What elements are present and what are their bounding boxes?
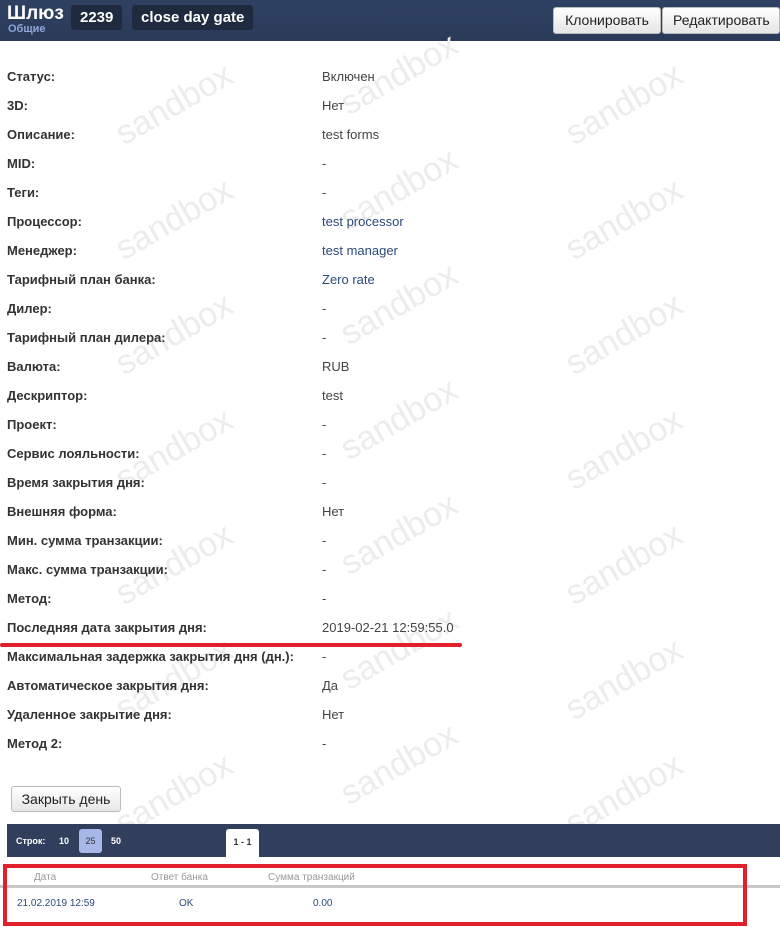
watermark: sandbox: [559, 170, 690, 268]
highlight-underline: [0, 643, 462, 647]
watermark: sandbox: [334, 600, 465, 698]
field-value: -: [322, 734, 326, 754]
rows-per-page-label: Строк:: [16, 836, 45, 846]
field-label: Тарифный план дилера:: [7, 328, 166, 348]
watermark: sandbox: [559, 55, 690, 153]
page-range-tab[interactable]: 1 - 1: [226, 829, 259, 857]
field-value: -: [322, 415, 326, 435]
page-header: Шлюз Общие 2239 close day gate Клонирова…: [0, 0, 780, 41]
field-value: -: [322, 328, 326, 348]
field-label: Описание:: [7, 125, 75, 145]
watermark: sandbox: [559, 285, 690, 383]
field-value: Нет: [322, 502, 344, 522]
field-label: Дескриптор:: [7, 386, 87, 406]
field-value: -: [322, 560, 326, 580]
field-label: Тарифный план банка:: [7, 270, 156, 290]
field-label: Сервис лояльности:: [7, 444, 140, 464]
field-label: Теги:: [7, 183, 39, 203]
watermark: sandbox: [334, 485, 465, 583]
field-label: 3D:: [7, 96, 28, 116]
field-label: Внешняя форма:: [7, 502, 117, 522]
field-label: MID:: [7, 154, 35, 174]
field-label: Макс. сумма транзакции:: [7, 560, 168, 580]
watermark: sandbox: [109, 55, 240, 153]
field-value: -: [322, 299, 326, 319]
field-label: Мин. сумма транзакции:: [7, 531, 163, 551]
watermark: sandbox: [559, 630, 690, 728]
field-value: -: [322, 473, 326, 493]
field-label: Автоматическое закрытия дня:: [7, 676, 209, 696]
edit-button[interactable]: Редактировать: [662, 7, 780, 34]
field-label: Последняя дата закрытия дня:: [7, 618, 207, 638]
field-label: Метод:: [7, 589, 51, 609]
field-label: Менеджер:: [7, 241, 77, 261]
field-value: test forms: [322, 125, 379, 145]
field-value: -: [322, 183, 326, 203]
clone-button[interactable]: Клонировать: [553, 7, 661, 34]
page-size-10[interactable]: 10: [57, 829, 71, 853]
field-value: -: [322, 589, 326, 609]
field-value: Включен: [322, 67, 375, 87]
field-label: Время закрытия дня:: [7, 473, 145, 493]
field-value: Нет: [322, 96, 344, 116]
field-label: Процессор:: [7, 212, 82, 232]
field-value: test: [322, 386, 343, 406]
field-label: Метод 2:: [7, 734, 62, 754]
field-value: -: [322, 154, 326, 174]
page-size-50[interactable]: 50: [111, 829, 123, 853]
field-value[interactable]: test manager: [322, 241, 398, 261]
field-value: Да: [322, 676, 338, 696]
field-label: Дилер:: [7, 299, 52, 319]
field-label: Валюта:: [7, 357, 61, 377]
gate-name-badge: close day gate: [132, 5, 253, 30]
field-value: RUB: [322, 357, 349, 377]
field-label: Проект:: [7, 415, 57, 435]
close-day-button[interactable]: Закрыть день: [11, 786, 121, 812]
field-value: -: [322, 444, 326, 464]
watermark: sandbox: [109, 170, 240, 268]
gate-id-badge: 2239: [71, 5, 122, 30]
field-label: Статус:: [7, 67, 55, 87]
field-value[interactable]: test processor: [322, 212, 404, 232]
watermark: sandbox: [559, 515, 690, 613]
field-label: Максимальная задержка закрытия дня (дн.)…: [7, 647, 294, 667]
watermark: sandbox: [334, 370, 465, 468]
watermark: sandbox: [559, 400, 690, 498]
field-value: -: [322, 531, 326, 551]
highlight-box: [3, 864, 747, 926]
field-value: Нет: [322, 705, 344, 725]
field-value: 2019-02-21 12:59:55.0: [322, 618, 454, 638]
field-value[interactable]: Zero rate: [322, 270, 375, 290]
page-size-25[interactable]: 25: [79, 829, 102, 853]
field-label: Удаленное закрытие дня:: [7, 705, 172, 725]
table-pager: Строк: 10 25 50 1 - 1: [7, 824, 780, 857]
page-subtitle: Общие: [8, 23, 46, 35]
watermark: sandbox: [334, 715, 465, 813]
field-value: -: [322, 647, 326, 667]
page-title: Шлюз: [7, 4, 64, 24]
